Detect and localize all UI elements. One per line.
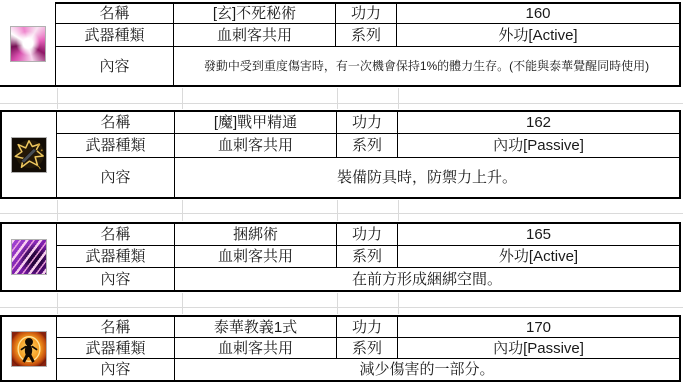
sheet-gridline [57,88,58,109]
weapon-type-value: 血刺客共用 [175,338,337,359]
sheet-gridline [398,88,399,109]
weapon-type-label: 武器種類 [57,338,175,359]
skill-description: 減少傷害的一部分。 [175,359,679,380]
power-value: 170 [398,317,679,338]
skill-table-2: 名稱 [魔]戰甲精通 功力 162 武器種類 血刺客共用 系列 內功[Passi… [0,110,681,199]
orange-silhouette-skill-icon [11,331,47,367]
skill-table-1: 名稱 [玄]不死秘術 功力 160 武器種類 血刺客共用 系列 外功[Activ… [0,2,681,87]
name-label: 名稱 [57,112,175,134]
series-label: 系列 [337,246,398,268]
purple-binding-chains-skill-icon [11,239,47,275]
name-label: 名稱 [57,224,175,246]
power-value: 165 [398,224,679,246]
skill-description: 發動中受到重度傷害時，有一次機會保持1%的體力生存。(不能與泰華覺醒同時使用) [174,47,679,85]
sheet-gridline [0,307,683,308]
sheet-gridline [182,88,183,109]
power-label: 功力 [337,317,398,338]
golden-flame-armor-skill-icon [11,137,47,173]
skill-table-3: 名稱 捆綁術 功力 165 武器種類 血刺客共用 系列 外功[Active] 內… [0,222,681,292]
series-label: 系列 [337,134,398,158]
sheet-gridline [182,293,183,314]
weapon-type-label: 武器種類 [57,134,175,158]
power-label: 功力 [337,224,398,246]
weapon-type-value: 血刺客共用 [174,24,336,47]
series-value: 外功[Active] [397,24,679,47]
skill-name: [魔]戰甲精通 [175,112,337,134]
series-label: 系列 [337,338,398,359]
content-label: 內容 [57,158,175,197]
skill-name: 捆綁術 [175,224,337,246]
weapon-type-value: 血刺客共用 [175,246,337,268]
skill-table-4: 名稱 泰華教義1式 功力 170 武器種類 血刺客共用 系列 內功[Passiv… [0,315,681,382]
skill-name: [玄]不死秘術 [174,2,336,24]
sheet-gridline [57,200,58,221]
weapon-type-value: 血刺客共用 [175,134,337,158]
sheet-gridline [337,200,338,221]
sheet-gridline [0,103,683,104]
sheet-gridline [182,200,183,221]
series-value: 外功[Active] [398,246,679,268]
sheet-gridline [337,88,338,109]
skill-icon-cell [2,112,57,197]
skill-icon-cell [2,317,57,380]
power-value: 160 [397,2,679,24]
sheet-gridline [337,293,338,314]
weapon-type-label: 武器種類 [57,246,175,268]
sheet-gridline [57,293,58,314]
name-label: 名稱 [56,2,174,24]
skill-description: 在前方形成綑綁空間。 [175,268,679,290]
name-label: 名稱 [57,317,175,338]
series-value: 內功[Passive] [398,338,679,359]
skill-name: 泰華教義1式 [175,317,337,338]
power-label: 功力 [336,2,397,24]
skill-icon-cell [0,2,56,85]
power-label: 功力 [337,112,398,134]
content-label: 內容 [56,47,174,85]
pink-swirl-skill-icon [10,26,46,62]
skill-icon-cell [2,224,57,290]
weapon-type-label: 武器種類 [56,24,174,47]
series-label: 系列 [336,24,397,47]
skill-description: 裝備防具時，防禦力上升。 [175,158,679,197]
series-value: 內功[Passive] [398,134,679,158]
power-value: 162 [398,112,679,134]
sheet-gridline [398,293,399,314]
content-label: 內容 [57,359,175,380]
sheet-gridline [398,200,399,221]
content-label: 內容 [57,268,175,290]
sheet-gridline [0,213,683,214]
